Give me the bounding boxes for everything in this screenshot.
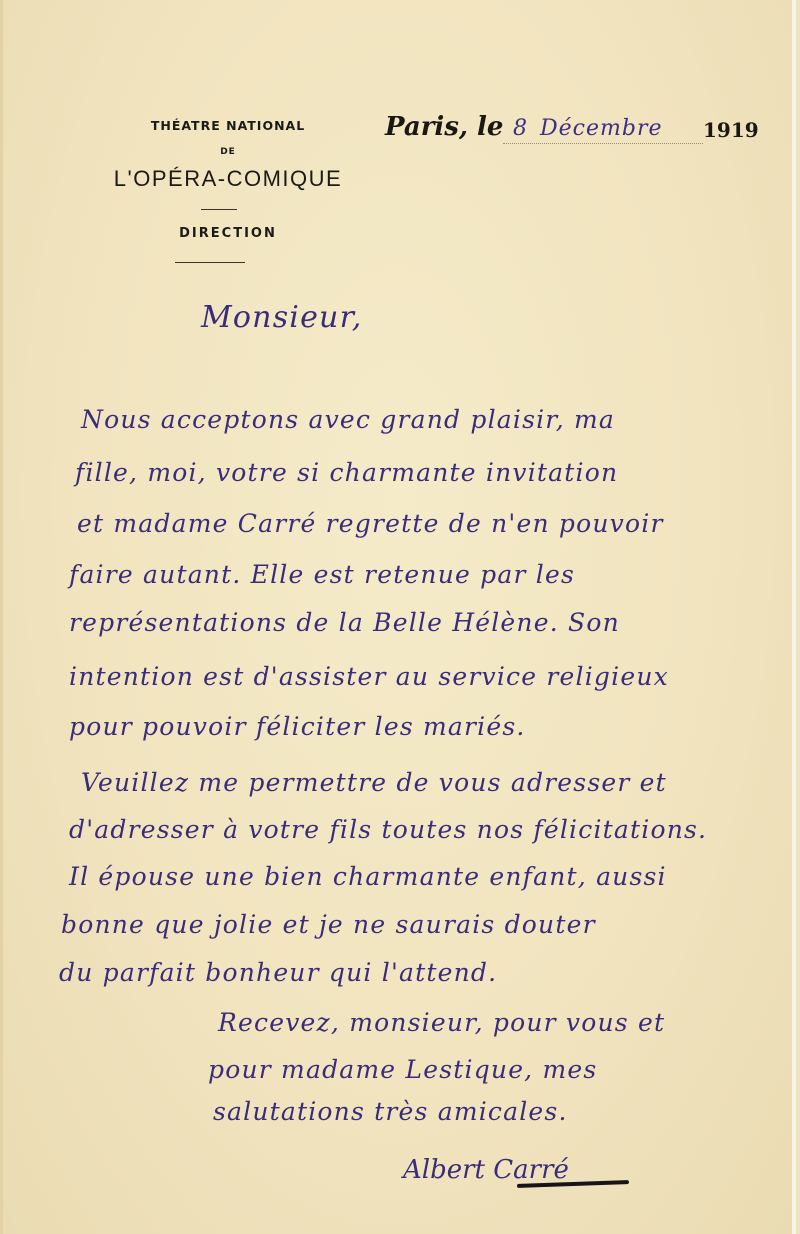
salutation: Monsieur, xyxy=(201,300,363,335)
closing-line: salutations très amicales. xyxy=(213,1097,568,1126)
printed-place: Paris, le xyxy=(385,112,503,142)
letterhead-divider xyxy=(201,209,237,210)
body-line: représentations de la Belle Hélène. Son xyxy=(69,608,620,637)
body-line: pour pouvoir féliciter les mariés. xyxy=(69,712,526,741)
body-line: et madame Carré regrette de n'en pouvoir xyxy=(77,509,664,538)
closing-line: pour madame Lestique, mes xyxy=(208,1055,597,1084)
letterhead-opera-comique: L'OPÉRA-COMIQUE xyxy=(83,166,373,192)
letterhead-divider xyxy=(175,262,245,263)
body-line: du parfait bonheur qui l'attend. xyxy=(59,958,497,987)
signature: Albert Carré xyxy=(403,1155,569,1185)
body-line: fille, moi, votre si charmante invitatio… xyxy=(75,458,618,487)
date-month: Décembre xyxy=(540,116,662,141)
letterhead-direction: DIRECTION xyxy=(83,226,373,241)
date-day: 8 xyxy=(513,116,527,141)
letterhead-theatre-national: THÉATRE NATIONAL xyxy=(83,118,373,133)
body-line: intention est d'assister au service reli… xyxy=(69,662,669,691)
closing-line: Recevez, monsieur, pour vous et xyxy=(218,1008,665,1037)
date-year: 1919 xyxy=(703,118,759,142)
body-line: Nous acceptons avec grand plaisir, ma xyxy=(81,405,615,434)
letter-page: THÉATRE NATIONAL DE L'OPÉRA-COMIQUE DIRE… xyxy=(0,0,796,1234)
dateline: Paris, le 8 Décembre 1919 xyxy=(385,112,775,152)
body-line: faire autant. Elle est retenue par les xyxy=(69,560,575,589)
body-line: Veuillez me permettre de vous adresser e… xyxy=(81,768,667,797)
letterhead-de: DE xyxy=(83,147,373,157)
body-line: Il épouse une bien charmante enfant, aus… xyxy=(69,862,667,891)
body-line: bonne que jolie et je ne saurais douter xyxy=(61,910,596,939)
date-dotted-line xyxy=(503,143,703,144)
body-line: d'adresser à votre fils toutes nos félic… xyxy=(69,815,707,844)
